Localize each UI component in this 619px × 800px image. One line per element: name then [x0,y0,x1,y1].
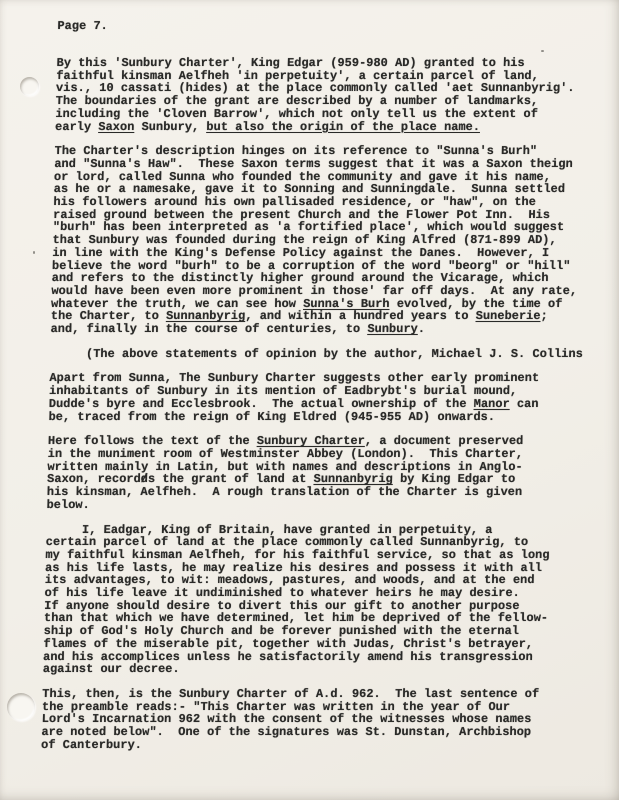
paragraph: I, Eadgar, King of Britain, have granted… [43,524,579,676]
text-line: his kinsman, Aelfheh. A rough translatio… [47,486,580,499]
text-segment: Sunbury, [134,120,206,134]
underlined-text: but also the origin of the place name. [206,120,480,134]
text-line: and, finally in the course of centuries,… [50,323,583,336]
text-line: early Saxon Sunbury, but also the origin… [55,121,588,134]
text-segment: (The above statements of opinion by the … [50,347,583,361]
text-segment: below. [46,498,90,512]
text-segment: can [510,397,539,411]
text-line: (The above statements of opinion by the … [50,348,583,361]
document-body: By this 'Sunbury Charter', King Edgar (9… [41,57,590,751]
paragraph: The Charter's description hinges on its … [50,145,587,336]
underlined-text: Sunbury [367,322,418,336]
text-line: of Canterbury. [41,739,574,752]
text-segment: early [55,120,99,134]
text-segment: his kinsman, Aelfheh. A rough translatio… [47,485,523,499]
text-segment: of Canterbury. [41,738,142,752]
typewritten-text-block: Page 7. By this 'Sunbury Charter', King … [0,0,591,763]
text-segment: and, finally in the course of centuries,… [50,322,367,336]
paragraph: This, then, is the Sunbury Charter of A.… [41,688,575,752]
document-page: Page 7. By this 'Sunbury Charter', King … [0,0,619,800]
paragraph: Apart from Sunna, The Sunbury Charter su… [48,372,582,423]
underlined-text: Suneberie [476,309,541,323]
paragraph: (The above statements of opinion by the … [50,348,583,361]
text-segment: against our decree. [43,662,180,676]
paragraph: Here follows the text of the Sunbury Cha… [46,435,581,511]
page-number: Page 7. [57,20,590,33]
text-line: against our decree. [43,663,576,676]
struck-text: d [141,473,148,486]
text-segment: ; [540,309,548,323]
underlined-text: Saxon [98,120,134,134]
text-segment: . [418,322,426,336]
text-segment: be, traced from the reign of King Eldred… [48,410,495,424]
paragraph: By this 'Sunbury Charter', King Edgar (9… [55,57,590,133]
text-line: below. [46,499,579,512]
text-line: be, traced from the reign of King Eldred… [48,411,581,424]
